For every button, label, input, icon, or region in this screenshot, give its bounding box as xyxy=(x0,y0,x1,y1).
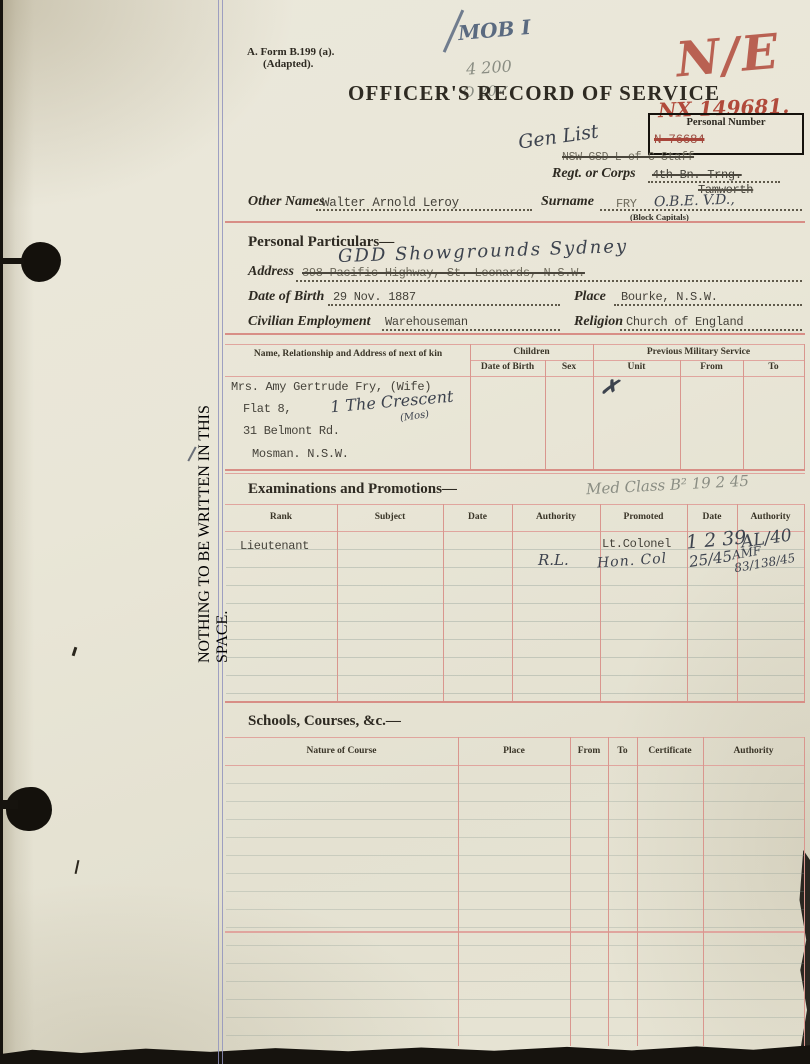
nok-col-from: From xyxy=(680,362,743,372)
dob-value: 29 Nov. 1887 xyxy=(333,290,416,304)
address-label: Address xyxy=(248,264,294,280)
schools-vline xyxy=(570,737,571,1046)
schools-vline xyxy=(458,737,459,1046)
nok-group-previous: Previous Military Service xyxy=(593,347,804,357)
med-class-note: Med Class B² 19 2 45 xyxy=(586,472,750,499)
exam-col-subject: Subject xyxy=(337,512,443,522)
exam-vline xyxy=(337,504,338,701)
dob-label: Date of Birth xyxy=(248,289,324,305)
schools-mid-rule xyxy=(225,931,805,933)
hole-punch-top-slit xyxy=(0,258,24,264)
nok-col-unit: Unit xyxy=(593,362,680,372)
hole-punch-bottom xyxy=(6,787,52,831)
employment-leader xyxy=(382,329,560,331)
nok-line-3: 31 Belmont Rd. xyxy=(243,424,340,438)
crossed-staff-line: NSW GSD L of C Staff xyxy=(562,151,694,164)
nok-vline xyxy=(545,360,546,469)
schools-table-top xyxy=(225,737,805,738)
place-value: Bourke, N.S.W. xyxy=(621,290,718,304)
schools-col-certificate: Certificate xyxy=(637,746,703,756)
handwritten-gen-list: Gen List xyxy=(517,120,600,153)
exam-promoted-value: Lt.Colonel xyxy=(602,537,671,551)
schools-col-authority: Authority xyxy=(703,746,804,756)
nok-vline xyxy=(804,344,805,469)
nok-vline xyxy=(680,360,681,469)
dob-leader xyxy=(328,304,560,306)
form-number: A. Form B.199 (a). xyxy=(247,46,334,58)
nok-line-2: Flat 8, xyxy=(243,402,291,416)
nok-handwritten-note: (Mos) xyxy=(399,409,429,424)
scan-right-tear xyxy=(795,850,810,1050)
schools-col-nature: Nature of Course xyxy=(225,746,458,756)
place-label: Place xyxy=(574,289,606,305)
nok-group-children: Children xyxy=(470,347,593,357)
scanned-form-page: NOTHING TO BE WRITTEN IN THIS SPACE. A. … xyxy=(0,0,810,1064)
handwritten-mob: MOB I xyxy=(457,15,532,45)
margin-rule-inner xyxy=(222,0,223,1064)
religion-leader xyxy=(620,329,802,331)
schools-vline xyxy=(608,737,609,1046)
exam-table-top xyxy=(225,504,805,505)
schools-heading: Schools, Courses, &c.— xyxy=(248,713,401,730)
personal-number-value: N 76684 xyxy=(654,133,704,147)
form-adapted: (Adapted). xyxy=(263,58,313,70)
schools-col-from: From xyxy=(570,746,608,756)
exam-vline xyxy=(804,504,805,701)
block-capitals-label: (Block Capitals) xyxy=(630,212,689,222)
schools-header-underline xyxy=(225,765,805,766)
hole-punch-top xyxy=(21,242,61,282)
nok-vline xyxy=(743,360,744,469)
ink-speck xyxy=(75,860,80,874)
exam-col-date-2: Date xyxy=(687,512,737,522)
exam-table-bottom xyxy=(225,701,805,703)
exam-col-date: Date xyxy=(443,512,512,522)
margin-note: NOTHING TO BE WRITTEN IN THIS SPACE. xyxy=(196,388,213,663)
schools-vline xyxy=(804,737,805,1046)
section-rule xyxy=(225,333,805,335)
employment-value: Warehouseman xyxy=(385,315,468,329)
nok-table-top xyxy=(225,344,805,345)
place-leader xyxy=(614,304,802,306)
nok-col-name: Name, Relationship and Address of next o… xyxy=(230,349,466,359)
nok-line-4: Mosman. N.S.W. xyxy=(252,447,349,461)
exam-col-authority-2: Authority xyxy=(737,512,804,522)
religion-value: Church of England xyxy=(626,315,743,329)
exam-hw-rl: R.L. xyxy=(538,551,569,569)
personal-number-box: Personal Number N 76684 xyxy=(648,113,804,155)
personal-number-label: Personal Number xyxy=(650,117,802,128)
regt-value-struck: 4th Bn. Trng. xyxy=(652,168,742,182)
exam-col-rank: Rank xyxy=(225,512,337,522)
margin-rule-outer xyxy=(218,0,219,1064)
schools-ruled-body xyxy=(226,766,804,1046)
address-struck-value: 398 Pacific Highway, St. Leonards, N.S.W… xyxy=(302,266,585,280)
surname-honours: O.B.E. V.D., xyxy=(654,192,735,211)
schools-col-place: Place xyxy=(458,746,570,756)
schools-vline xyxy=(703,737,704,1046)
exam-rank-value: Lieutenant xyxy=(240,539,309,553)
hole-punch-bottom-slit xyxy=(0,800,18,809)
schools-vline xyxy=(637,737,638,1046)
nok-col-dob: Date of Birth xyxy=(470,362,545,372)
nok-header-underline xyxy=(225,376,805,377)
section-rule xyxy=(225,221,805,223)
surname-label: Surname xyxy=(541,194,594,210)
exam-vline xyxy=(443,504,444,701)
nok-table-bottom xyxy=(225,469,805,471)
handwritten-figure-1: 4 200 xyxy=(465,56,512,78)
schools-col-to: To xyxy=(608,746,637,756)
examinations-heading: Examinations and Promotions— xyxy=(248,481,457,498)
regt-label: Regt. or Corps xyxy=(552,166,636,182)
nok-unit-mark: ✗ xyxy=(599,373,620,400)
address-leader xyxy=(296,280,802,282)
surname-value: FRY xyxy=(616,197,637,211)
other-names-value: Walter Arnold Leroy xyxy=(322,196,459,210)
other-names-label: Other Names xyxy=(248,194,325,210)
nok-group-underline xyxy=(470,360,805,361)
scan-bottom-tear xyxy=(0,1042,810,1064)
handwritten-ne-mark: N/E xyxy=(674,24,782,89)
nok-col-to: To xyxy=(743,362,804,372)
exam-hw-promoted-2: Hon. Col xyxy=(597,551,668,572)
exam-vline xyxy=(600,504,601,701)
religion-label: Religion xyxy=(574,314,623,330)
exam-vline xyxy=(512,504,513,701)
nok-col-sex: Sex xyxy=(545,362,593,372)
ink-speck xyxy=(72,647,78,656)
employment-label: Civilian Employment xyxy=(248,314,371,330)
scan-left-edge xyxy=(0,0,3,1064)
exam-col-promoted: Promoted xyxy=(600,512,687,522)
exam-col-authority: Authority xyxy=(512,512,600,522)
